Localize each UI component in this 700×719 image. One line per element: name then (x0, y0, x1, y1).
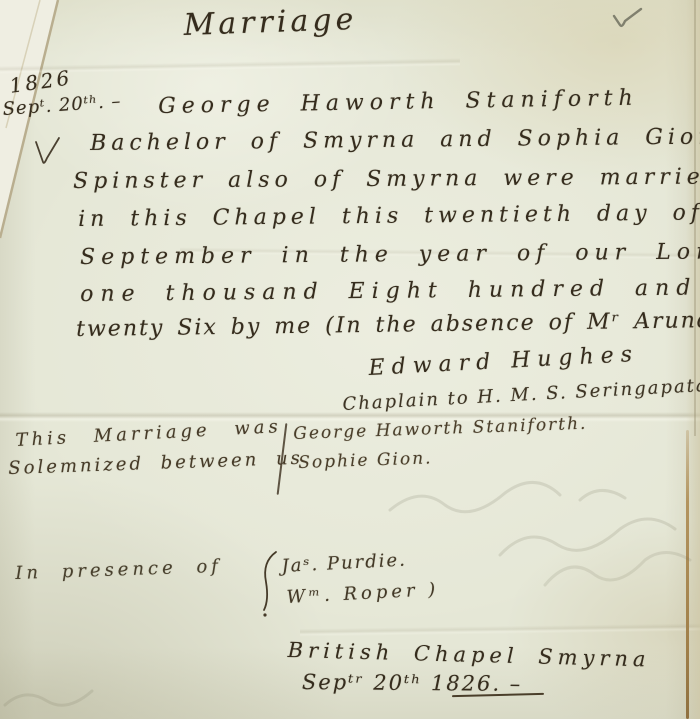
pencil-checkmark-icon (610, 6, 646, 32)
entry-line: Bachelor of Smyrna and Sophia Gion (90, 124, 700, 156)
paper-crease (300, 623, 700, 637)
ink-checkmark-icon (32, 134, 62, 168)
heading-marriage: Marriage (183, 2, 358, 43)
entry-line: one thousand Eight hundred and (80, 276, 697, 307)
page-edge-line-lower (686, 430, 689, 719)
solemnized-label-line2: Solemnized between us (8, 448, 303, 479)
groom-signature: George Haworth Staniforth. (293, 414, 588, 444)
footer-place: British Chapel Smyrna (287, 638, 650, 671)
entry-line: in this Chapel this twentieth day of (78, 200, 700, 232)
officiant-title: Chaplain to H. M. S. Seringapatam (342, 374, 700, 415)
officiant-signature: Edward Hughes (368, 342, 640, 381)
register-page: Marriage 1826 Sepᵗ. 20ᵗʰ. – George Hawor… (0, 0, 700, 719)
solemnized-label-line1: This Marriage was (15, 416, 282, 451)
bride-signature: Sophie Gion. (298, 448, 433, 473)
entry-line: September in the year of our Lord (80, 239, 700, 270)
witness-signature-2: Wᵐ. Roper ) (286, 579, 440, 608)
witnesses-label: In presence of (15, 556, 222, 584)
witness-signature-1: Jaˢ. Purdie. (281, 549, 407, 577)
margin-year: 1826 (8, 65, 74, 98)
entry-line: twenty Six by me (In the absence of Mʳ A… (76, 308, 700, 342)
entry-line: George Haworth Staniforth (158, 86, 639, 119)
ink-bleedthrough-marks (540, 540, 700, 610)
footer-date: Sepᵗʳ 20ᵗʰ 1826. – (302, 670, 523, 696)
page-edge-shading (686, 0, 700, 719)
witness-brace-stroke (258, 548, 280, 618)
ink-bleedthrough-marks (0, 680, 120, 719)
entry-line: Spinster also of Smyrna were married (73, 164, 700, 194)
page-corner-fold (0, 0, 80, 260)
